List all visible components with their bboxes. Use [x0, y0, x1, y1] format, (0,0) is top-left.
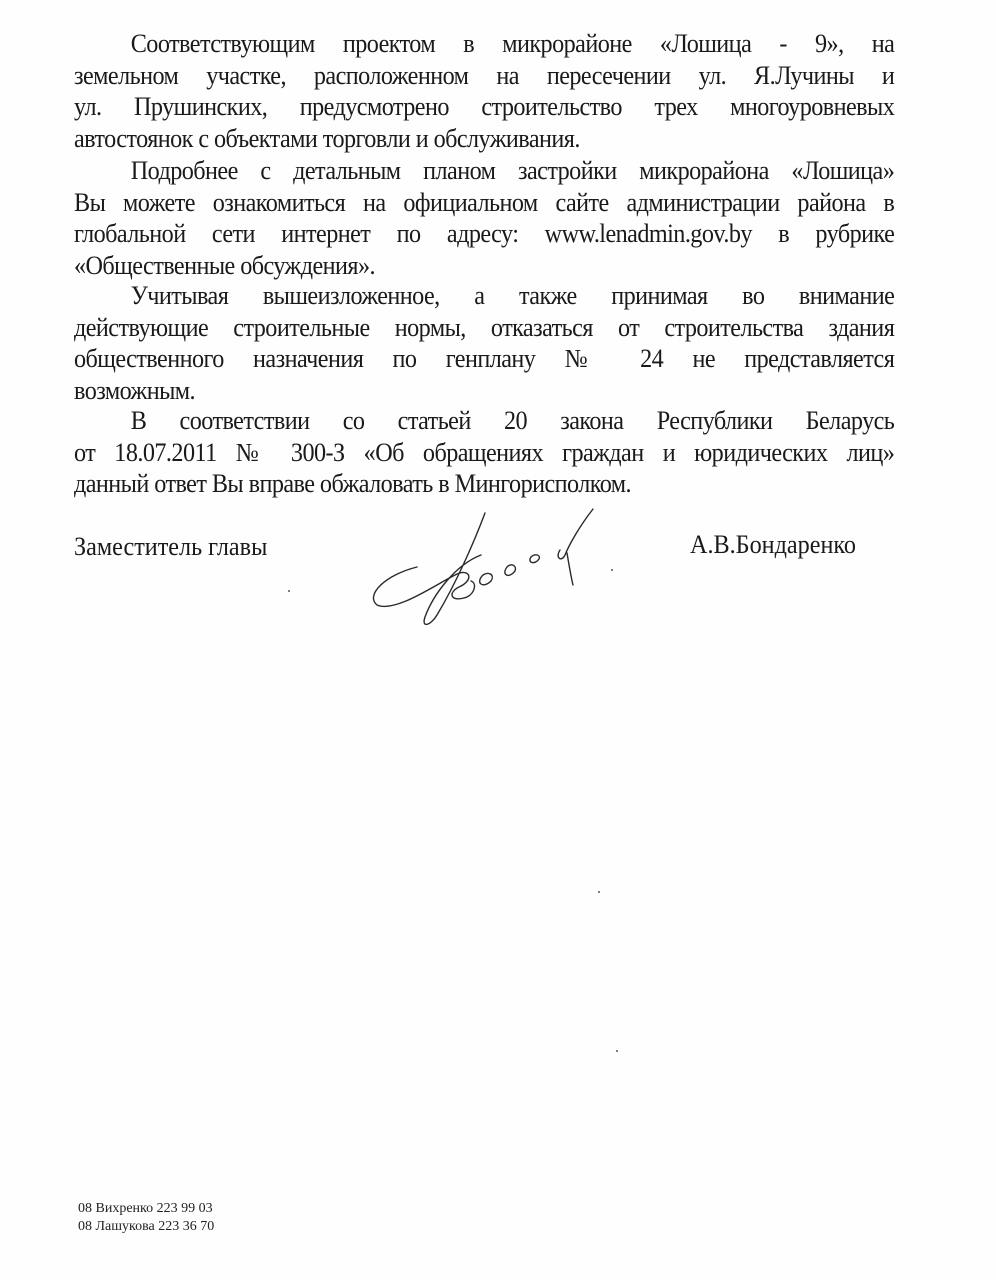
- text-line: Подробнее с детальным планом застройки м…: [74, 155, 894, 187]
- contact-line: 08 Вихренко 223 99 03: [78, 1200, 214, 1218]
- scan-speck: [598, 891, 600, 893]
- text-line: Соответствующим проектом в микрорайоне «…: [74, 28, 894, 60]
- text-line: Вы можете ознакомиться на официальном са…: [74, 187, 894, 219]
- text-line: ул. Прушинских, предусмотрено строительс…: [74, 91, 894, 123]
- contact-line: 08 Лашукова 223 36 70: [78, 1218, 214, 1236]
- handwritten-signature: [355, 505, 645, 635]
- text-line: глобальной сети интернет по адресу: www.…: [74, 218, 894, 250]
- text-line: данный ответ Вы вправе обжаловать в Минг…: [74, 468, 894, 500]
- signatory-title: Заместитель главы: [74, 532, 267, 562]
- text-line: возможным.: [74, 375, 894, 407]
- footer-contacts: 08 Вихренко 223 99 03 08 Лашукова 223 36…: [78, 1200, 214, 1236]
- text-line: «Общественные обсуждения».: [74, 250, 894, 282]
- scan-speck: [616, 1050, 618, 1052]
- paragraph-conclusion: Учитывая вышеизложенное, а также принима…: [74, 280, 894, 406]
- text-line: Учитывая вышеизложенное, а также принима…: [74, 280, 894, 312]
- scan-speck: [288, 590, 290, 592]
- signatory-name: А.В.Бондаренко: [690, 530, 856, 560]
- paragraph-detailed-plan: Подробнее с детальным планом застройки м…: [74, 155, 894, 281]
- paragraph-project: Соответствующим проектом в микрорайоне «…: [74, 28, 894, 154]
- text-line: В соответствии со статьей 20 закона Респ…: [74, 405, 894, 437]
- text-line: действующие строительные нормы, отказать…: [74, 312, 894, 344]
- text-line: автостоянок с объектами торговли и обслу…: [74, 123, 894, 155]
- text-line: земельном участке, расположенном на пере…: [74, 60, 894, 92]
- text-line: общественного назначения по генплану № 2…: [74, 343, 894, 375]
- text-line: от 18.07.2011 № 300-З «Об обращениях гра…: [74, 437, 894, 469]
- scan-speck: [611, 569, 613, 571]
- document-page: Соответствующим проектом в микрорайоне «…: [0, 0, 996, 1280]
- paragraph-appeal-rights: В соответствии со статьей 20 закона Респ…: [74, 405, 894, 500]
